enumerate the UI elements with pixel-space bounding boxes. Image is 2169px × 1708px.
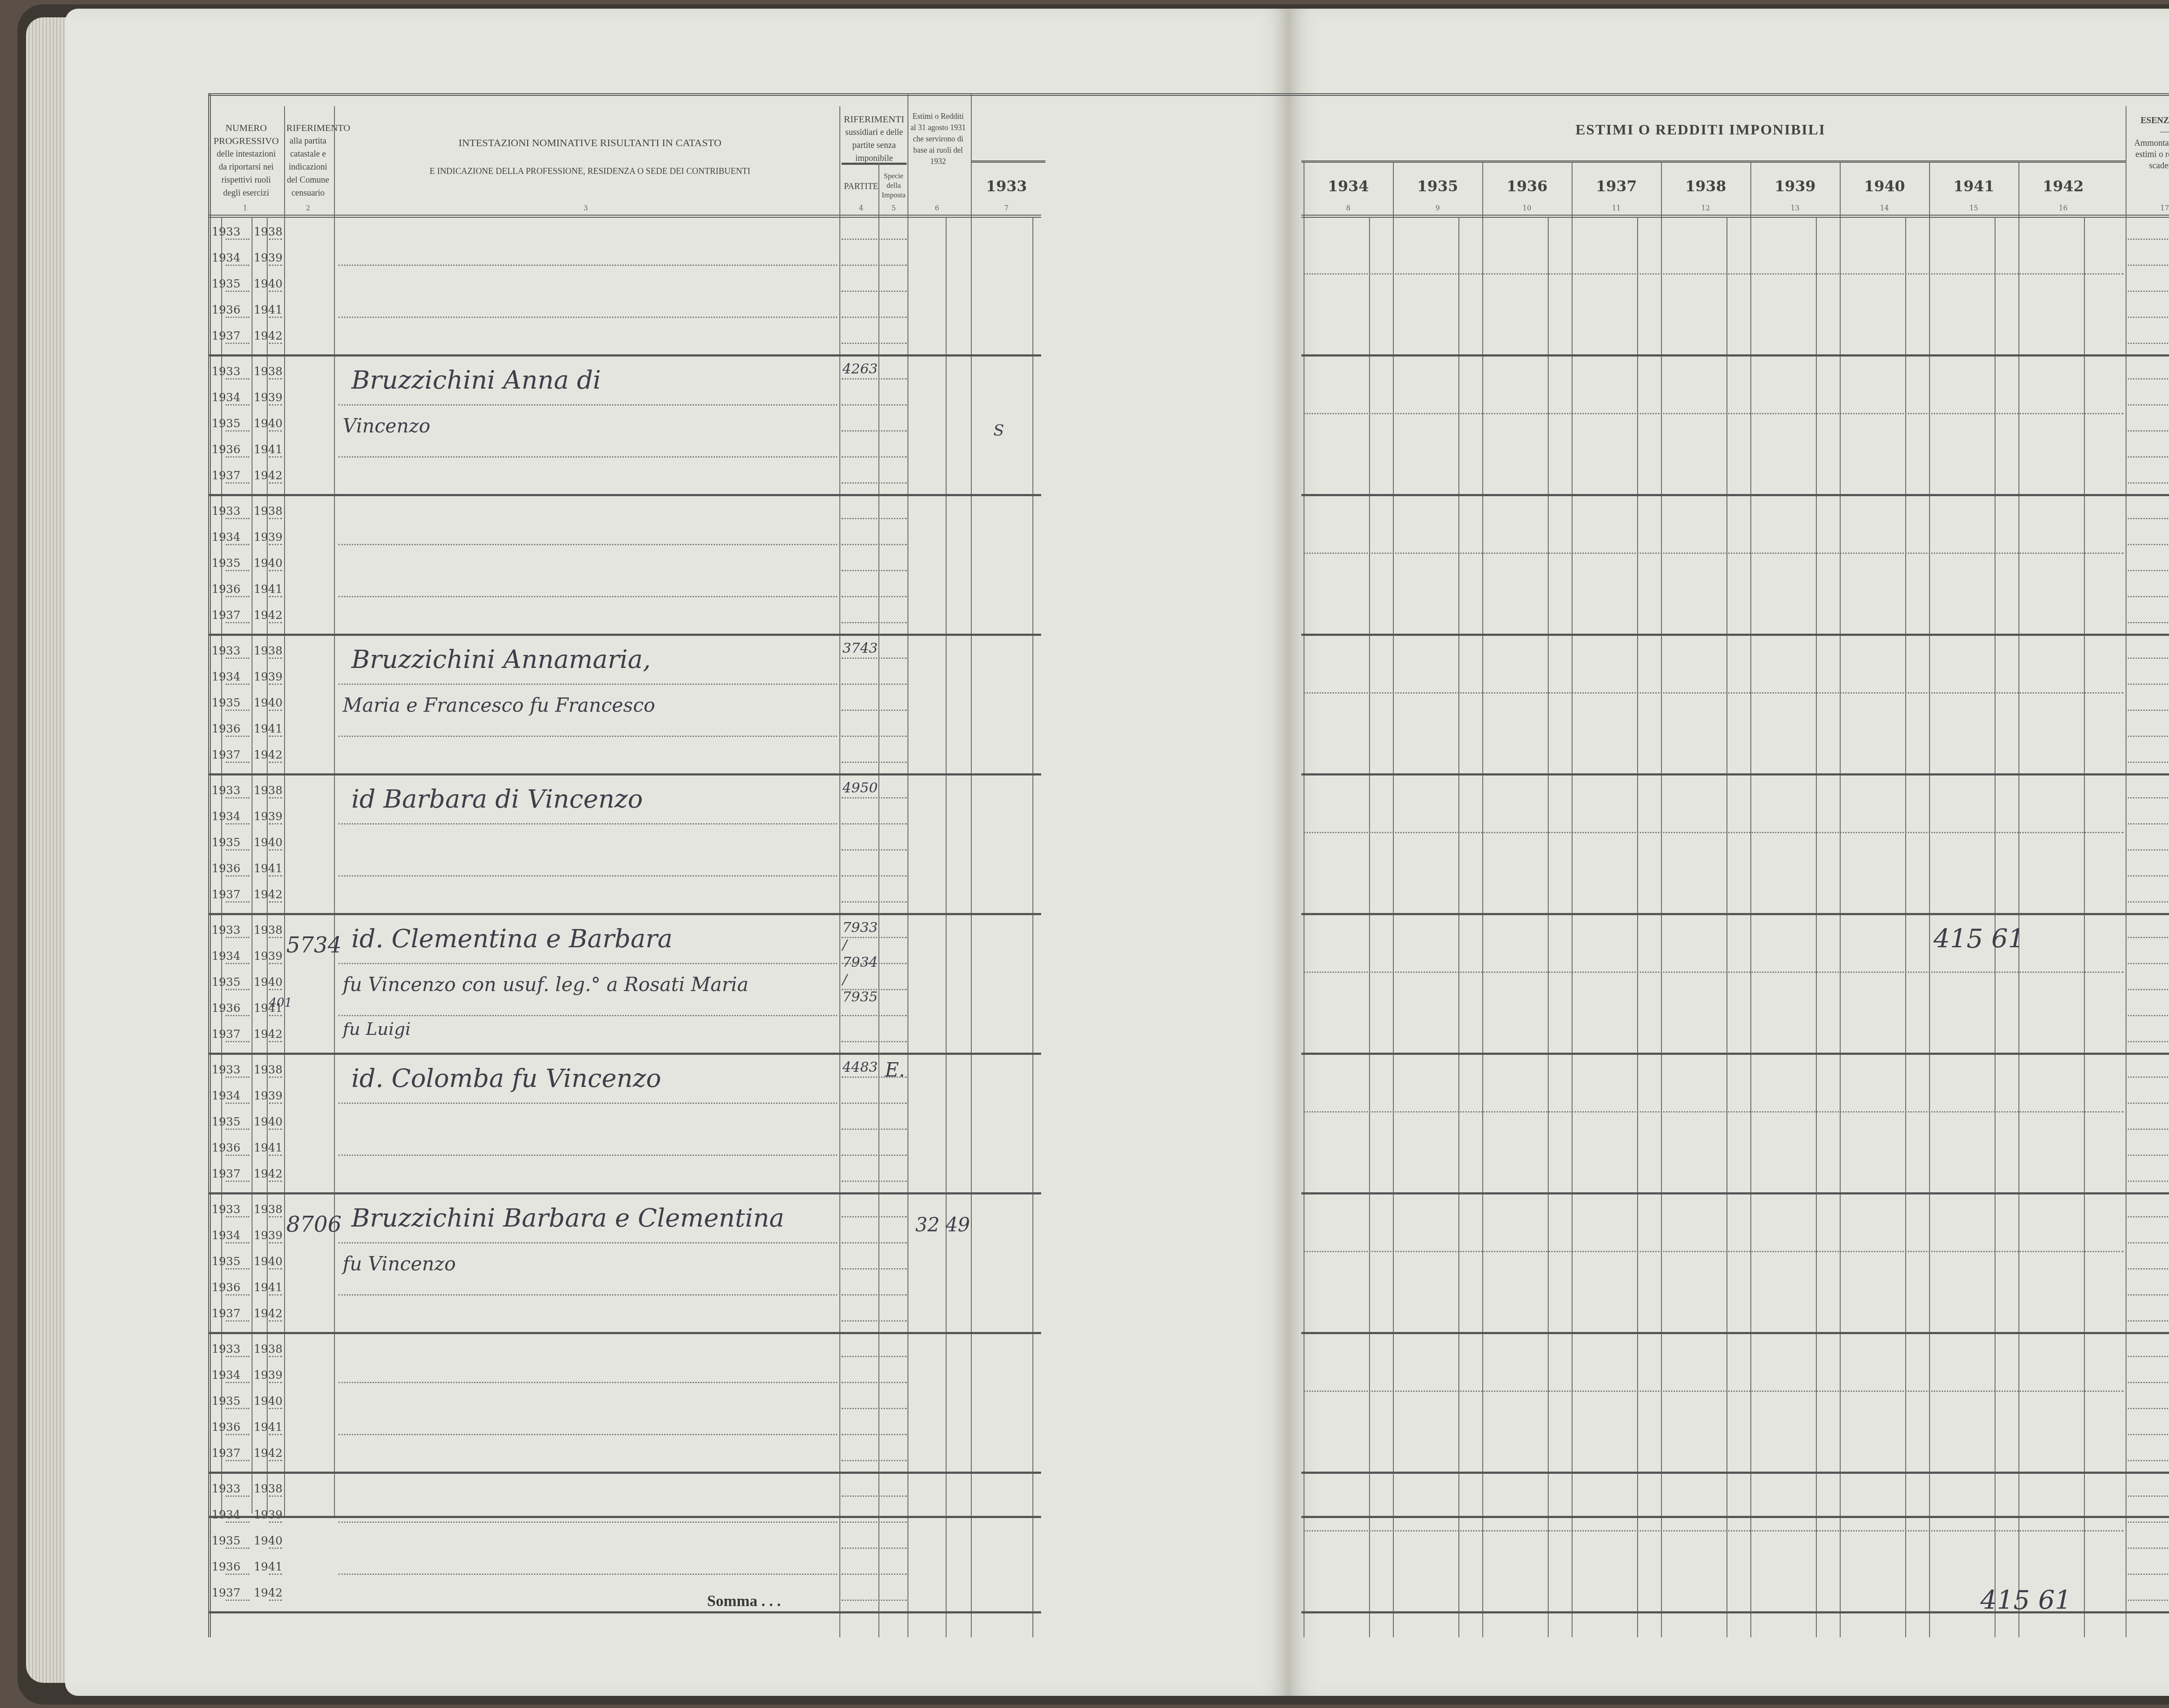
row-dots [226, 684, 249, 685]
row-dots [226, 1382, 249, 1383]
year-label: 1937 [212, 1028, 240, 1041]
year-label: 1939 [254, 391, 282, 404]
year-label: 1935 [212, 976, 240, 989]
year-label: 1937 [212, 1168, 240, 1181]
partite-value: 4950 [842, 779, 881, 796]
row-dots [2128, 1356, 2169, 1357]
col-number: 12 [1699, 204, 1712, 212]
row-dots [2128, 482, 2169, 484]
year-label: 1935 [212, 1535, 240, 1548]
left-page: NUMERO PROGRESSIVO delle intestazioni da… [65, 9, 1288, 1696]
row-dots [269, 1129, 282, 1130]
name-line [338, 1382, 837, 1383]
year-label: 1942 [254, 1168, 282, 1181]
name-line [338, 1521, 837, 1523]
year-label: 1939 [254, 252, 282, 265]
block-rule [1301, 773, 2169, 775]
year-label: 1941 [254, 443, 282, 456]
intestazione-line3: fu Luigi [343, 1019, 411, 1039]
row-dots [2128, 378, 2169, 380]
col45-title: RIFERIMENTI [842, 113, 907, 126]
row-dots [226, 1268, 249, 1270]
row-dots [269, 1268, 282, 1270]
row-dots [269, 849, 282, 851]
row-dots [226, 762, 249, 763]
row-dots [226, 1294, 249, 1296]
row-dots [269, 343, 282, 344]
year-label: 1940 [254, 1395, 282, 1408]
row-dots [226, 937, 249, 938]
col3-title: INTESTAZIONI NOMINATIVE RISULTANTI IN CA… [338, 137, 842, 150]
year-label: 1942 [254, 1028, 282, 1041]
block-rule [208, 494, 1041, 496]
year-label: 1937 [212, 1587, 240, 1600]
row-dots [2128, 762, 2169, 763]
col-cents-divider [1905, 217, 1906, 1637]
row-dots [1304, 1111, 2123, 1112]
row-dots [269, 1382, 282, 1383]
row-dots [2128, 430, 2169, 432]
row-dots [269, 658, 282, 659]
row-dots [269, 1434, 282, 1435]
block-rule [208, 354, 1041, 357]
row-dots [269, 823, 282, 825]
block-rule [1301, 494, 2169, 496]
year-label: 1939 [254, 810, 282, 823]
row-dots [226, 430, 249, 432]
year-label: 1936 [212, 1142, 240, 1155]
row-dots [226, 1155, 249, 1156]
intestazione-line1: Bruzzichini Anna di [351, 365, 601, 395]
row-dots [226, 1181, 249, 1182]
name-line [338, 596, 837, 597]
row-dots [226, 1600, 249, 1601]
year-label: 1937 [212, 330, 240, 343]
years-top-rule [1301, 160, 2126, 163]
year-label: 1936 [212, 583, 240, 596]
row-dots [842, 1460, 907, 1461]
col7-year-1933: 1933 [972, 178, 1041, 195]
col-divider [1750, 163, 1751, 1637]
year-label: 1934 [212, 950, 240, 963]
estimi-group-title: ESTIMI O REDDITI IMPONIBILI [1332, 124, 2069, 137]
row-dots [269, 596, 282, 597]
name-line [338, 963, 837, 964]
header-bottom-rule [1301, 215, 2169, 218]
row-dots [269, 1181, 282, 1182]
col3-number: 3 [577, 204, 594, 212]
row-dots [226, 1574, 249, 1575]
esenzioni-title: ESENZIONI [2128, 115, 2169, 126]
col2-title: RIFERIMENTO [286, 121, 330, 134]
year-label: 1935 [212, 1395, 240, 1408]
row-dots [226, 797, 249, 798]
block-rule [1301, 1053, 2169, 1055]
row-dots [2128, 570, 2169, 571]
row-dots [269, 989, 282, 990]
row-dots [269, 1548, 282, 1549]
row-dots [842, 658, 907, 659]
year-label: 1938 [254, 924, 282, 937]
partite-value: 7933 / 7934 / 7935 [842, 919, 881, 1005]
year-label: 1941 [254, 862, 282, 875]
year-label: 1939 [254, 531, 282, 544]
intestazione-line2: fu Vincenzo con usuf. leg.° a Rosati Mar… [343, 974, 748, 996]
year-label: 1940 [254, 1255, 282, 1268]
row-dots [2128, 937, 2169, 938]
partite-value: 4483 [842, 1058, 881, 1076]
col-number: 14 [1878, 204, 1891, 212]
col-number: 11 [1610, 204, 1623, 212]
year-label: 1939 [254, 950, 282, 963]
row-dots [269, 963, 282, 964]
col2-header: RIFERIMENTO alla partita catastale e ind… [286, 121, 330, 200]
year-header-1942: 1942 [2018, 178, 2108, 195]
year-label: 1940 [254, 557, 282, 570]
intestazione-line1: id. Clementina e Barbara [351, 924, 672, 953]
row-dots [226, 1129, 249, 1130]
row-dots [2128, 963, 2169, 964]
block-rule [1301, 634, 2169, 636]
row-dots [269, 762, 282, 763]
row-dots [2128, 1574, 2169, 1575]
row-dots [842, 317, 907, 318]
row-dots [2128, 1216, 2169, 1217]
row-dots [269, 736, 282, 737]
row-dots [842, 875, 907, 877]
year-label: 1941 [254, 723, 282, 736]
row-dots [226, 1434, 249, 1435]
block-rule [208, 1332, 1041, 1334]
row-dots [842, 684, 907, 685]
row-dots [226, 1495, 249, 1497]
value-1941: 415 61 [1933, 924, 2025, 954]
name-line [338, 1242, 837, 1243]
row-dots [2128, 875, 2169, 877]
year-header-1938: 1938 [1661, 178, 1750, 195]
row-dots [269, 404, 282, 406]
name-line [338, 317, 837, 318]
year-label: 1934 [212, 531, 240, 544]
year-label: 1940 [254, 697, 282, 710]
year-label: 1937 [212, 749, 240, 762]
col-divider [284, 106, 285, 1516]
row-dots [842, 901, 907, 903]
row-dots [842, 291, 907, 292]
col-cents-divider [2084, 217, 2085, 1637]
row-dots [226, 378, 249, 380]
row-dots [226, 518, 249, 519]
row-dots [2128, 265, 2169, 266]
row-dots [2128, 684, 2169, 685]
row-dots [269, 937, 282, 938]
year-label: 1938 [254, 645, 282, 658]
year-label: 1941 [254, 583, 282, 596]
year-header-1941: 1941 [1929, 178, 2018, 195]
row-dots [226, 404, 249, 406]
row-dots [226, 317, 249, 318]
row-dots [269, 1076, 282, 1078]
year-label: 1934 [212, 1090, 240, 1103]
year-label: 1936 [212, 723, 240, 736]
row-dots [2128, 1041, 2169, 1042]
col4-title: PARTITE [842, 180, 881, 193]
year-label: 1934 [212, 1508, 240, 1521]
row-dots [842, 430, 907, 432]
header-top-rule [1288, 93, 2169, 96]
year-label: 1935 [212, 836, 240, 849]
col-cents-divider [1816, 217, 1817, 1637]
row-dots [2128, 1076, 2169, 1078]
year-label: 1935 [212, 1255, 240, 1268]
somma-1941-value: 415 61 [1980, 1585, 2071, 1616]
row-dots [842, 1356, 907, 1357]
col-cents-divider [1369, 217, 1370, 1637]
footer-rule [208, 1516, 1041, 1518]
row-dots [226, 658, 249, 659]
intestazione-line1: id. Colomba fu Vincenzo [351, 1063, 661, 1093]
col-divider [2126, 106, 2126, 1637]
year-label: 1936 [212, 1421, 240, 1434]
row-dots [2128, 849, 2169, 851]
col-divider [908, 93, 908, 1637]
col-divider [1840, 163, 1841, 1637]
row-dots [226, 1103, 249, 1104]
row-dots [226, 343, 249, 344]
row-dots [226, 544, 249, 545]
year-label: 1933 [212, 784, 240, 797]
year-label: 1936 [212, 304, 240, 317]
name-line [338, 875, 837, 877]
block-rule [208, 913, 1041, 915]
year-label: 1934 [212, 810, 240, 823]
col-cents-divider [1032, 217, 1033, 1637]
row-dots [269, 901, 282, 903]
row-dots [2128, 1434, 2169, 1435]
year-label: 1937 [212, 1307, 240, 1320]
year-label: 1934 [212, 671, 240, 684]
year-label: 1942 [254, 1447, 282, 1460]
row-dots [842, 239, 907, 240]
row-dots [2128, 1548, 2169, 1549]
year-label: 1942 [254, 330, 282, 343]
year-label: 1934 [212, 1229, 240, 1242]
row-dots [226, 875, 249, 877]
year-label: 1933 [212, 226, 240, 239]
row-dots [842, 736, 907, 737]
col-divider [971, 93, 972, 1637]
year-label: 1935 [212, 697, 240, 710]
row-dots [842, 1216, 907, 1217]
row-dots [842, 1242, 907, 1243]
esenzioni-sub: Ammontare degli estimi o redditi e scade… [2128, 137, 2169, 171]
row-dots [226, 989, 249, 990]
footer-rule [1301, 1516, 2169, 1518]
row-dots [2128, 317, 2169, 318]
row-dots [2128, 1495, 2169, 1497]
name-line [338, 1015, 837, 1016]
block-rule [208, 1611, 1041, 1613]
row-dots [2128, 710, 2169, 711]
year-label: 1937 [212, 609, 240, 622]
year-label: 1942 [254, 888, 282, 901]
year-header-1935: 1935 [1393, 178, 1482, 195]
year-label: 1939 [254, 1090, 282, 1103]
row-dots [269, 544, 282, 545]
intestazione-line2: fu Vincenzo [343, 1253, 456, 1275]
row-dots [226, 265, 249, 266]
year-label: 1935 [212, 557, 240, 570]
row-dots [269, 1015, 282, 1016]
left-border [208, 93, 211, 1637]
col45-sub: sussidiari e delle partite senza imponib… [842, 126, 907, 165]
year-header-1934: 1934 [1304, 178, 1393, 195]
row-dots [842, 1320, 907, 1322]
row-dots [269, 378, 282, 380]
year-label: 1939 [254, 1369, 282, 1382]
year-label: 1936 [212, 1002, 240, 1015]
row-dots [226, 596, 249, 597]
col-cents-divider [946, 217, 947, 1637]
row-dots [269, 317, 282, 318]
row-dots [842, 849, 907, 851]
row-dots [842, 1408, 907, 1409]
row-dots [2128, 291, 2169, 292]
row-dots [2128, 901, 2169, 903]
row-dots [842, 1495, 907, 1497]
row-dots [842, 1268, 907, 1270]
row-dots [842, 596, 907, 597]
row-dots [842, 622, 907, 623]
row-dots [842, 482, 907, 484]
row-dots [269, 710, 282, 711]
row-dots [2128, 1181, 2169, 1182]
row-dots [226, 1041, 249, 1042]
partite-value: 4263 [842, 360, 881, 377]
row-dots [226, 456, 249, 458]
row-dots [1304, 832, 2123, 833]
name-line [338, 823, 837, 825]
block-rule [208, 1472, 1041, 1474]
intestazione-line2: Vincenzo [343, 415, 430, 437]
row-dots [226, 1521, 249, 1523]
row-dots [2128, 596, 2169, 597]
block-rule [1301, 913, 2169, 915]
row-dots [842, 1041, 907, 1042]
year-label: 1938 [254, 365, 282, 378]
year-header-1939: 1939 [1750, 178, 1840, 195]
value-1933: S [993, 422, 1004, 439]
riferimento-value: 5734 [286, 933, 341, 958]
row-dots [842, 1382, 907, 1383]
row-dots [2128, 797, 2169, 798]
row-dots [226, 1548, 249, 1549]
row-dots [842, 456, 907, 458]
row-dots [226, 1320, 249, 1322]
name-line [338, 684, 837, 685]
col3-sub: E INDICAZIONE DELLA PROFESSIONE, RESIDEN… [338, 165, 842, 178]
block-rule [1301, 1192, 2169, 1194]
year-label: 1942 [254, 1587, 282, 1600]
row-dots [842, 1521, 907, 1523]
row-dots [2128, 1268, 2169, 1270]
year-label: 1933 [212, 1203, 240, 1216]
row-dots [269, 518, 282, 519]
name-line [338, 456, 837, 458]
row-dots [2128, 544, 2169, 545]
row-dots [842, 404, 907, 406]
year-label: 1936 [212, 1561, 240, 1574]
year-label: 1935 [212, 417, 240, 430]
row-dots [1304, 553, 2123, 554]
col5-title: Specie della Imposta [881, 171, 907, 200]
year-label: 1933 [212, 924, 240, 937]
year-label: 1933 [212, 645, 240, 658]
row-dots [842, 1181, 907, 1182]
year-label: 1937 [212, 469, 240, 482]
row-dots [226, 849, 249, 851]
progress-note: 401 [269, 995, 292, 1010]
row-dots [226, 1408, 249, 1409]
year-label: 1940 [254, 278, 282, 291]
partite-value: 3743 [842, 639, 881, 657]
col-number: 13 [1789, 204, 1802, 212]
col2-sub: alla partita catastale e indicazioni del… [286, 134, 330, 200]
col1-subdivider [252, 217, 252, 1514]
year-label: 1936 [212, 443, 240, 456]
name-line [338, 736, 837, 737]
year-label: 1939 [254, 671, 282, 684]
row-dots [226, 823, 249, 825]
row-dots [2128, 239, 2169, 240]
col-divider [1929, 163, 1930, 1637]
col-number: 16 [2057, 204, 2070, 212]
col2-number: 2 [299, 204, 317, 212]
year-label: 1938 [254, 1482, 282, 1495]
row-dots [2128, 989, 2169, 990]
row-dots [269, 1242, 282, 1243]
row-dots [1304, 1530, 2123, 1531]
row-dots [842, 1015, 907, 1016]
estimi-1931-value: 32 49 [915, 1214, 970, 1236]
year-label: 1941 [254, 1142, 282, 1155]
row-dots [842, 762, 907, 763]
row-dots [842, 1294, 907, 1296]
year-label: 1935 [212, 1116, 240, 1129]
row-dots [269, 1320, 282, 1322]
row-dots [2128, 622, 2169, 623]
year-header-1940: 1940 [1840, 178, 1929, 195]
row-dots [2128, 1460, 2169, 1461]
block-rule [1301, 1332, 2169, 1334]
row-dots [1304, 692, 2123, 694]
row-dots [2128, 1320, 2169, 1322]
year-label: 1940 [254, 976, 282, 989]
row-dots [226, 239, 249, 240]
row-dots [2128, 1600, 2169, 1601]
row-dots [842, 1155, 907, 1156]
row-dots [269, 1495, 282, 1497]
year-label: 1933 [212, 505, 240, 518]
block-rule [1301, 354, 2169, 357]
row-dots [226, 901, 249, 903]
row-dots [226, 482, 249, 484]
row-dots [226, 1356, 249, 1357]
col-divider [334, 106, 335, 1516]
year-label: 1938 [254, 1203, 282, 1216]
intestazione-line1: id Barbara di Vincenzo [351, 784, 643, 814]
year-label: 1934 [212, 252, 240, 265]
